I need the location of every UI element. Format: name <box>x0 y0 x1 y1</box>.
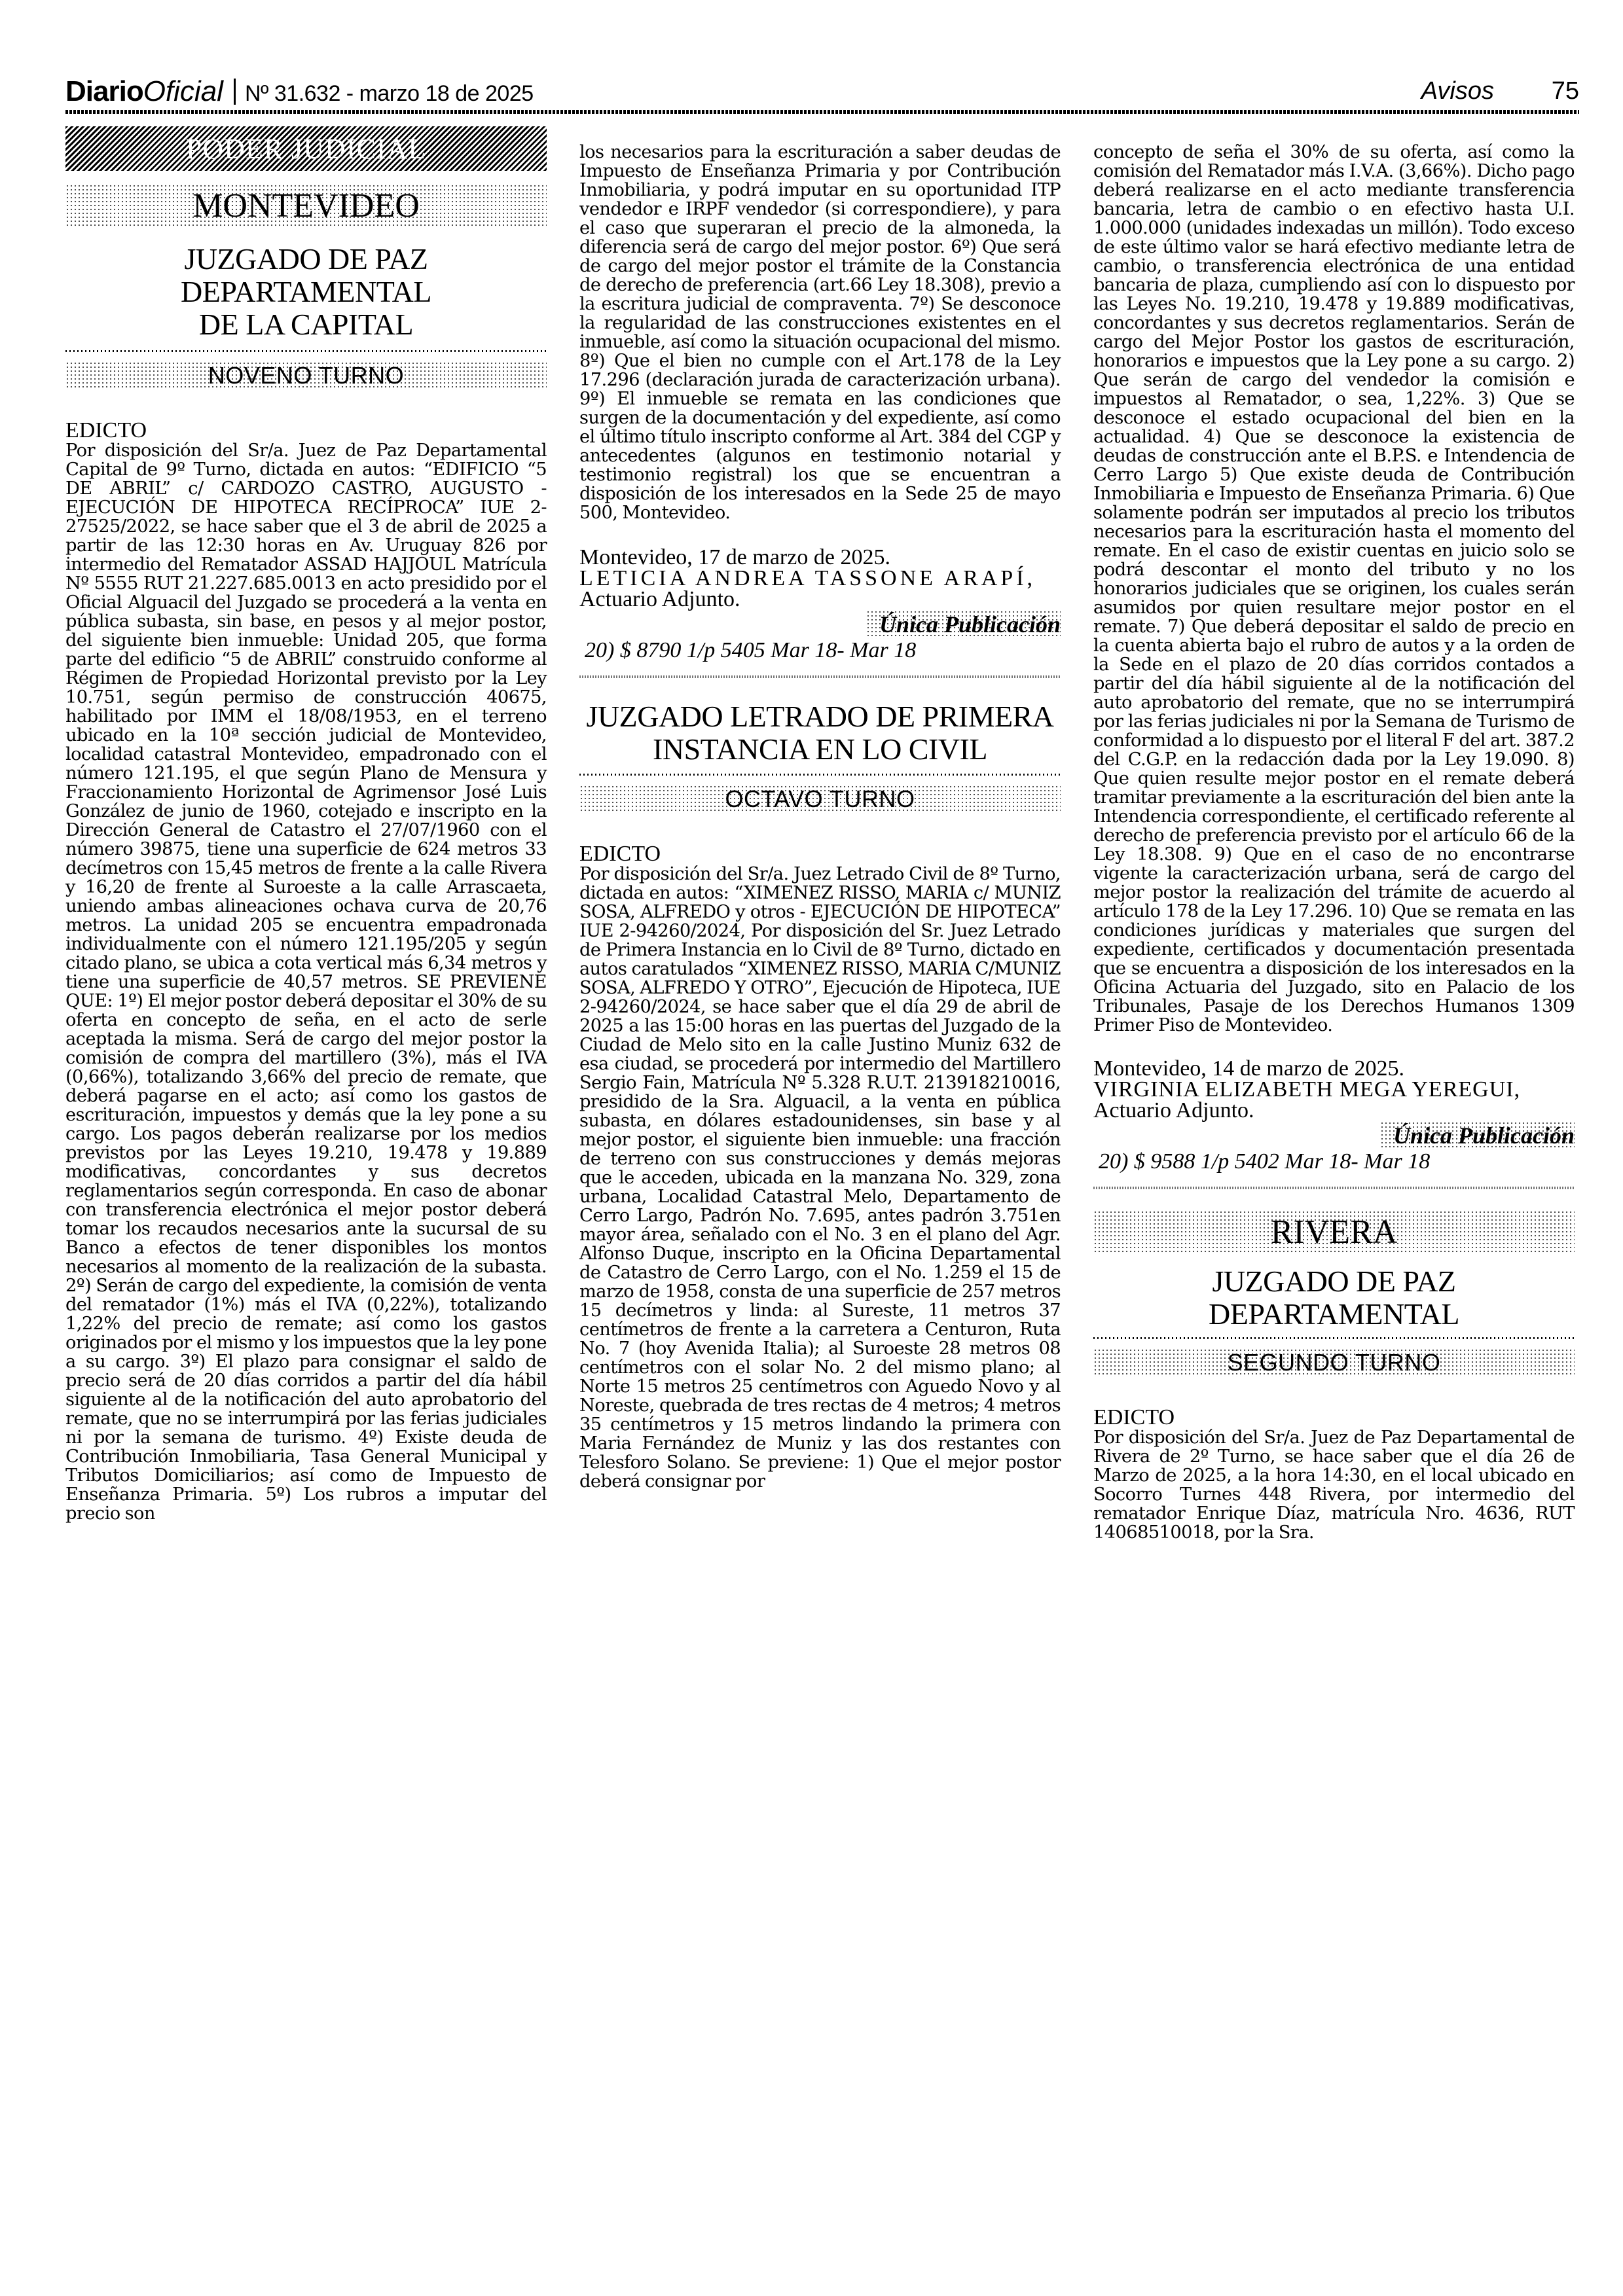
court-heading-line1: JUZGADO DE PAZ DEPARTAMENTAL <box>1093 1265 1575 1331</box>
brand-oficial: Oficial <box>143 75 223 107</box>
column-3: concepto de seña el 30% de su oferta, as… <box>1093 124 1575 1542</box>
edict-text: los necesarios para la escrituración a s… <box>579 143 1061 522</box>
poder-judicial-band: PODER JUDICIAL <box>65 126 547 171</box>
issue-info: Nº 31.632 - marzo 18 de 2025 <box>245 81 534 106</box>
region-band-montevideo: MONTEVIDEO <box>65 184 547 227</box>
page-header: DiarioOficialNº 31.632 - marzo 18 de 202… <box>65 73 1579 113</box>
signer-role: Actuario Adjunto. <box>1093 1100 1575 1121</box>
notice-divider <box>1093 1187 1575 1189</box>
publication-row: Única Publicación <box>579 610 1061 639</box>
brand-diario: Diario <box>65 75 143 107</box>
edict-body: Por disposición del Sr/a. Juez Letrado C… <box>579 865 1061 1491</box>
notice-divider <box>579 675 1061 678</box>
publication-badge: Única Publicación <box>1380 1121 1575 1150</box>
column-1: PODER JUDICIAL MONTEVIDEO JUZGADO DE PAZ… <box>65 124 547 1523</box>
edict-text: Por disposición del Sr/a. Juez Letrado C… <box>579 865 1061 1491</box>
edicto-label: EDICTO <box>65 420 547 441</box>
turno-band-noveno: NOVENO TURNO <box>65 361 547 390</box>
edict-body: Por disposición del Sr/a. Juez de Paz De… <box>1093 1428 1575 1542</box>
edicto-label: EDICTO <box>1093 1407 1575 1428</box>
court-heading-line2: DE LA CAPITAL <box>65 308 547 341</box>
signature-block: Montevideo, 17 de marzo de 2025. LETICIA… <box>579 547 1061 610</box>
place-date: Montevideo, 14 de marzo de 2025. <box>1093 1058 1575 1079</box>
edict-continuation: los necesarios para la escrituración a s… <box>579 143 1061 522</box>
court-heading: JUZGADO DE PAZ DEPARTAMENTAL <box>1093 1265 1575 1331</box>
signer-name: LETICIA ANDREA TASSONE ARAPÍ, <box>579 568 1061 589</box>
court-heading: JUZGADO LETRADO DE PRIMERA INSTANCIA EN … <box>579 700 1061 766</box>
edict-body: Por disposición del Sr/a. Juez de Paz De… <box>65 441 547 1523</box>
header-rule <box>65 110 1579 114</box>
region-band-rivera: RIVERA <box>1093 1210 1575 1253</box>
publication-row: Única Publicación <box>1093 1121 1575 1150</box>
publication-reference: 20) $ 9588 1/p 5402 Mar 18- Mar 18 <box>1093 1150 1575 1174</box>
edicto-label: EDICTO <box>579 844 1061 865</box>
header-separator <box>234 79 236 105</box>
column-2: los necesarios para la escrituración a s… <box>579 124 1061 1491</box>
turno-band-octavo: OCTAVO TURNO <box>579 785 1061 814</box>
edict-continuation: concepto de seña el 30% de su oferta, as… <box>1093 143 1575 1035</box>
heading-divider <box>65 350 547 352</box>
edict-text: concepto de seña el 30% de su oferta, as… <box>1093 143 1575 1035</box>
court-heading-line1: JUZGADO DE PAZ DEPARTAMENTAL <box>65 243 547 308</box>
edict-text: Por disposición del Sr/a. Juez de Paz De… <box>1093 1428 1575 1542</box>
heading-divider <box>579 774 1061 776</box>
section-name: Avisos <box>1421 77 1494 105</box>
court-heading: JUZGADO DE PAZ DEPARTAMENTAL DE LA CAPIT… <box>65 243 547 341</box>
signer-role: Actuario Adjunto. <box>579 589 1061 610</box>
publication-badge: Única Publicación <box>866 610 1061 639</box>
place-date: Montevideo, 17 de marzo de 2025. <box>579 547 1061 568</box>
court-heading-line2: INSTANCIA EN LO CIVIL <box>579 733 1061 766</box>
page-number: 75 <box>1552 77 1579 105</box>
publication-reference: 20) $ 8790 1/p 5405 Mar 18- Mar 18 <box>579 639 1061 662</box>
turno-band-segundo: SEGUNDO TURNO <box>1093 1348 1575 1377</box>
heading-divider <box>1093 1337 1575 1339</box>
masthead: DiarioOficialNº 31.632 - marzo 18 de 202… <box>65 73 534 112</box>
court-heading-line1: JUZGADO LETRADO DE PRIMERA <box>579 700 1061 733</box>
signer-name: VIRGINIA ELIZABETH MEGA YEREGUI, <box>1093 1079 1575 1100</box>
edict-text: Por disposición del Sr/a. Juez de Paz De… <box>65 441 547 1523</box>
signature-block: Montevideo, 14 de marzo de 2025. VIRGINI… <box>1093 1058 1575 1121</box>
